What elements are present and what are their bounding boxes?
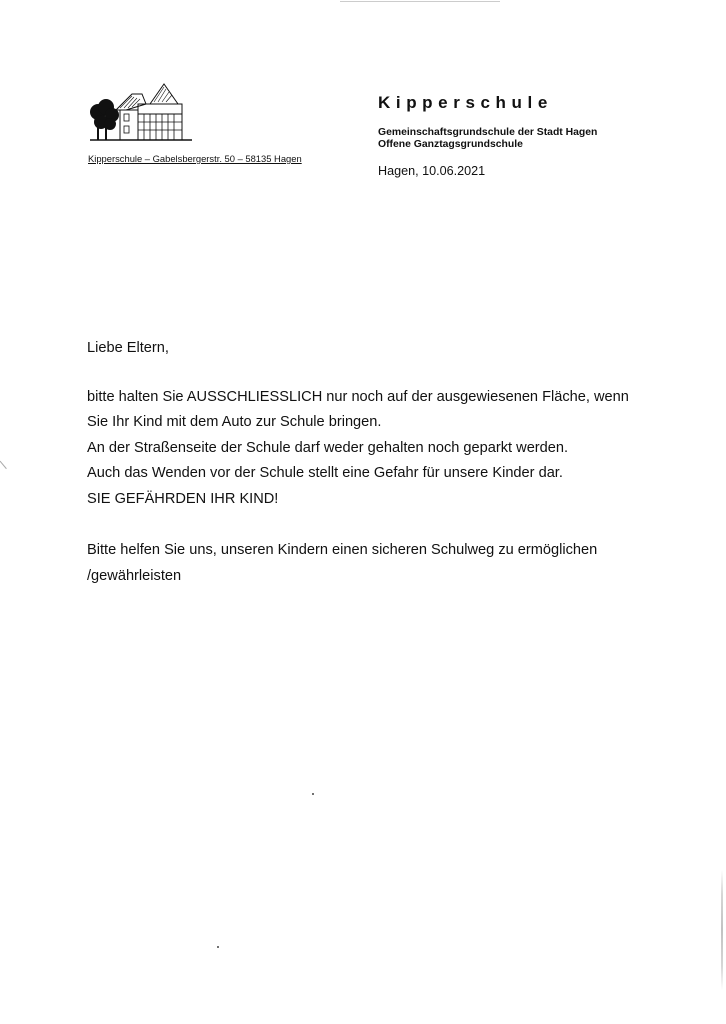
body-line: bitte halten Sie AUSSCHLIESSLICH nur noc… xyxy=(87,389,629,405)
scan-edge-shadow xyxy=(721,870,723,990)
scan-artifact-mark xyxy=(0,457,11,469)
body-line: An der Straßenseite der Schule darf wede… xyxy=(87,440,568,456)
scan-artifact-line xyxy=(340,1,500,2)
body-line: /gewährleisten xyxy=(87,568,181,584)
body-line: Sie Ihr Kind mit dem Auto zur Schule bri… xyxy=(87,414,381,430)
school-building-with-tree-icon xyxy=(86,82,194,142)
scan-speck xyxy=(217,946,219,948)
school-subtitle-type: Gemeinschaftsgrundschule der Stadt Hagen xyxy=(378,127,597,138)
salutation: Liebe Eltern, xyxy=(87,340,169,356)
school-name: Kipperschule xyxy=(378,93,553,113)
date-line: Hagen, 10.06.2021 xyxy=(378,164,485,178)
scan-speck xyxy=(312,793,314,795)
school-subtitle-ogs: Offene Ganztagsgrundschule xyxy=(378,139,523,150)
return-address: Kipperschule – Gabelsbergerstr. 50 – 581… xyxy=(88,153,302,164)
warning-line: SIE GEFÄHRDEN IHR KIND! xyxy=(87,491,278,507)
scanned-letter-page: Kipperschule – Gabelsbergerstr. 50 – 581… xyxy=(0,0,726,1024)
body-line: Bitte helfen Sie uns, unseren Kindern ei… xyxy=(87,542,597,558)
body-line: Auch das Wenden vor der Schule stellt ei… xyxy=(87,465,563,481)
